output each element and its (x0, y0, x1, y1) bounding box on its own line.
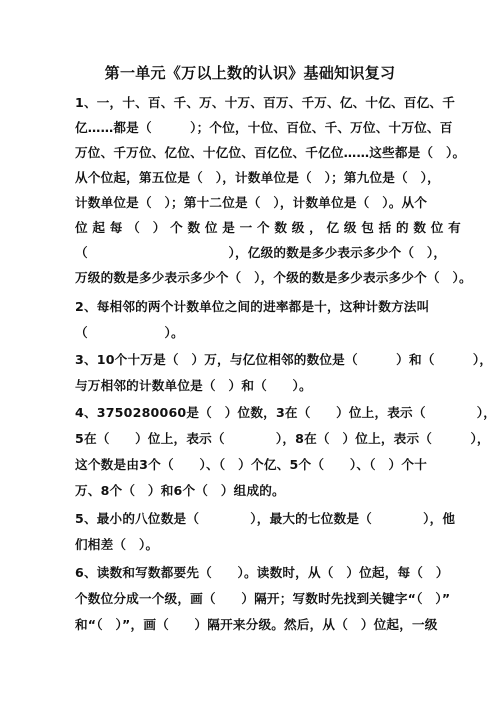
q2-line-1: 2、每相邻的两个计数单位之间的进率都是十，这种计数方法叫 (75, 299, 427, 315)
q1-line-5: 计数单位是（ ）；第十二位是（ ），计数单位是（ ）。从个 (75, 195, 427, 211)
q4-line-3: 这个数是由3个（ ）、（ ）个亿、5个（ ）、（ ）个十 (75, 457, 427, 473)
q6-line-2: 个数位分成一个级，画（ ）隔开；写数时先找到关键字“（ ）” (75, 591, 427, 607)
q1-line-1: 1、一，十、百、千、万、十万、百万、千万、亿、十亿、百亿、千 (75, 95, 427, 111)
q4-line-2: 5在（ ）位上，表示（ ），8在（ ）位上，表示（ ）， (75, 431, 427, 447)
document-title: 第一单元《万以上数的认识》基础知识复习 (0, 62, 500, 83)
q1-line-6: 位 起 每 （ ） 个 数 位 是 一 个 数 级 ， 亿 级 包 括 的 数 … (75, 220, 427, 236)
q6-line-1: 6、读数和写数都要先（ ）。读数时，从（ ）位起，每（ ） (75, 565, 427, 581)
q4-line-1: 4、3750280060是（ ）位数，3在（ ）位上，表示（ ）， (75, 405, 427, 421)
q1-line-8: 万级的数是多少表示多少个（ ），个级的数是多少表示多少个（ ）。 (75, 270, 427, 286)
q1-line-4: 从个位起，第五位是（ ），计数单位是（ ）；第九位是（ ）， (75, 170, 427, 186)
document-page: 第一单元《万以上数的认识》基础知识复习 1、一，十、百、千、万、十万、百万、千万… (0, 0, 500, 707)
q2-line-2: （ ）。 (75, 325, 427, 341)
q1-line-7: （ ），亿级的数是多少表示多少个（ ）， (75, 245, 427, 261)
q3-line-1: 3、10个十万是（ ）万，与亿位相邻的数位是（ ）和（ ）， (75, 352, 427, 368)
q1-line-2: 亿……都是（ ）；个位，十位、百位、千、万位、十万位、百 (75, 120, 427, 136)
q4-line-4: 万、8个（ ）和6个（ ）组成的。 (75, 483, 427, 499)
q5-line-2: 们相差（ ）。 (75, 537, 427, 553)
q1-line-3: 万位、千万位、亿位、十亿位、百亿位、千亿位……这些都是（ ）。 (75, 145, 427, 161)
q3-line-2: 与万相邻的计数单位是（ ）和（ ）。 (75, 378, 427, 394)
q5-line-1: 5、最小的八位数是（ ），最大的七位数是（ ），他 (75, 511, 427, 527)
q6-line-3: 和“（ ）”，画（ ）隔开来分级。然后，从（ ）位起，一级 (75, 617, 427, 633)
